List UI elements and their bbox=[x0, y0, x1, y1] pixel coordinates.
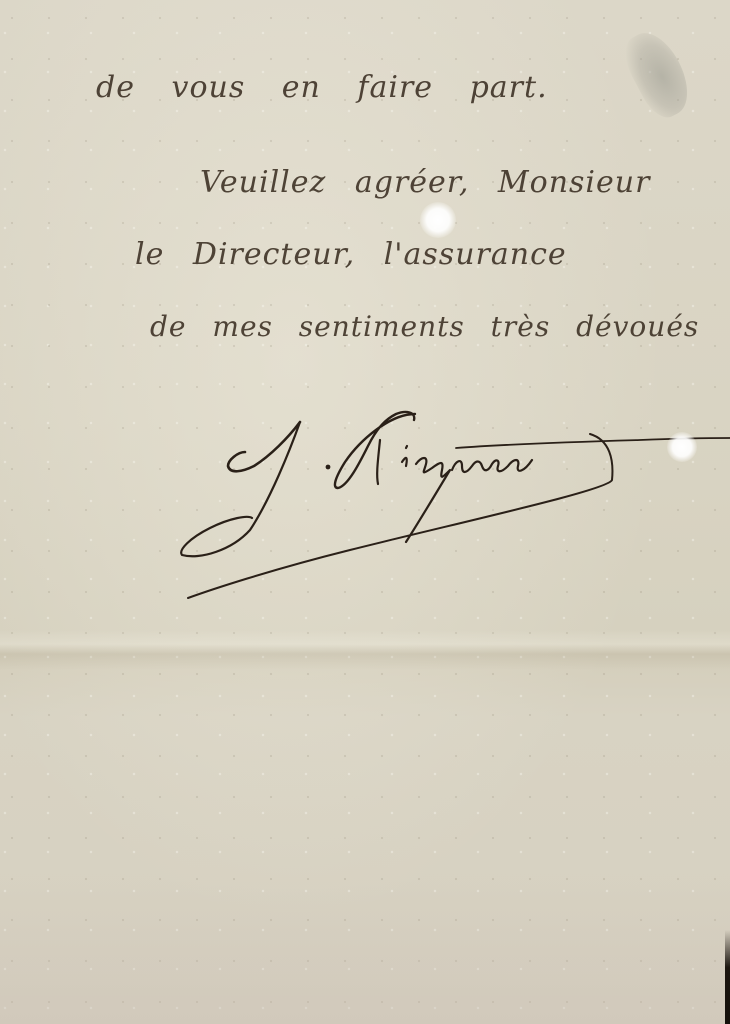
paper-stain bbox=[616, 24, 700, 124]
glass-reflection bbox=[420, 202, 456, 238]
paper-shadow bbox=[0, 880, 730, 1024]
letter-line-3: le Directeur, l'assurance bbox=[135, 237, 567, 272]
paper-fold-line bbox=[0, 630, 730, 670]
letter-line-2: Veuillez agréer, Monsieur bbox=[200, 165, 650, 200]
letter-paper: de vous en faire part. Veuillez agréer, … bbox=[0, 0, 730, 1024]
frame-edge bbox=[725, 930, 730, 1024]
signature: G. Picquart bbox=[170, 400, 730, 610]
letter-line-4: de mes sentiments très dévoués bbox=[150, 310, 699, 343]
glass-reflection bbox=[667, 432, 697, 462]
letter-line-1: de vous en faire part. bbox=[96, 70, 548, 105]
